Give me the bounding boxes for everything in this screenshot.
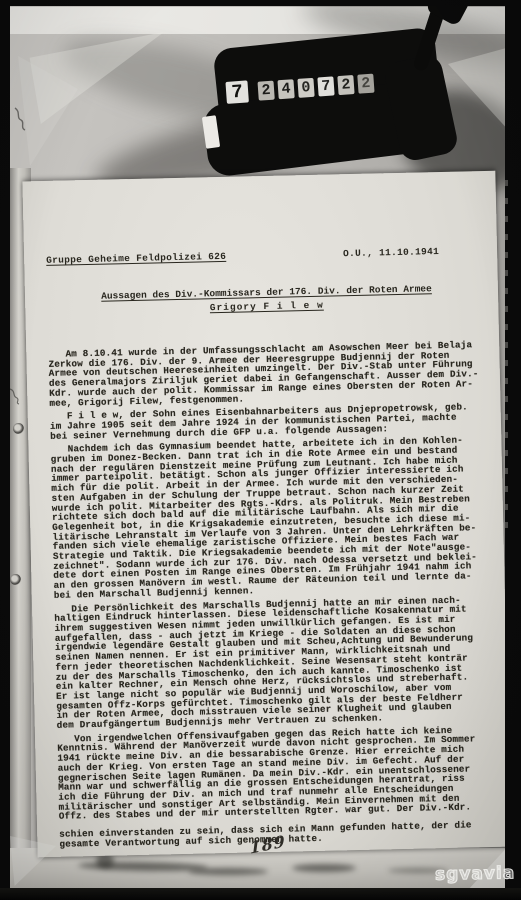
- counter-digit: 2: [337, 75, 354, 95]
- issuer-line: Gruppe Geheime Feldpolizei 626: [46, 251, 226, 266]
- document-title: Aussagen des Div.-Kommissars der 176. Di…: [47, 282, 486, 317]
- photo-frame-left: [0, 0, 10, 900]
- smudge: [96, 854, 114, 868]
- paragraph-1: Am 8.10.41 wurde in der Umfassungsschlac…: [48, 340, 488, 408]
- paragraph-4: Die Persönlichkeit des Marschalls Budjen…: [54, 594, 496, 730]
- paragraph-5: Von irgendwelchen Offensivaufgaben gegen…: [57, 725, 498, 822]
- archival-photo: 7 2 4 0 7 2 2 Gruppe Geheime Feldpolizei…: [0, 0, 521, 900]
- title-line-1: Aussagen des Div.-Kommissars der 176. Di…: [101, 283, 432, 301]
- dateline: O.U., 11.10.1941: [343, 246, 439, 259]
- punch-hole: [13, 423, 24, 434]
- punch-hole: [10, 574, 21, 585]
- counter-digit: 4: [277, 79, 294, 99]
- counter-digit: 2: [257, 80, 274, 100]
- document-body: Am 8.10.41 wurde in der Umfassungsschlac…: [48, 340, 498, 849]
- smudge: [292, 864, 356, 872]
- counter-digit: 0: [297, 77, 314, 97]
- watermark: sgvavia: [435, 863, 516, 884]
- margin-scribble: [12, 106, 28, 132]
- smudge: [188, 868, 268, 875]
- photo-frame-bottom: [0, 888, 521, 900]
- counter-digit: 7: [317, 76, 334, 96]
- counter-digit: 7: [225, 80, 248, 103]
- title-line-2: Grigory F i l e w: [210, 300, 324, 314]
- document-page: Gruppe Geheime Feldpolizei 626 O.U., 11.…: [22, 171, 510, 858]
- film-edge-texture: [505, 180, 508, 540]
- photo-frame-top: [0, 0, 521, 6]
- document-header: Gruppe Geheime Feldpolizei 626 O.U., 11.…: [46, 245, 485, 266]
- counter-digit: 2: [357, 73, 374, 93]
- paragraph-3: Nachdem ich das Gymnasium beendet hatte,…: [50, 435, 492, 600]
- margin-scribble: [8, 386, 22, 406]
